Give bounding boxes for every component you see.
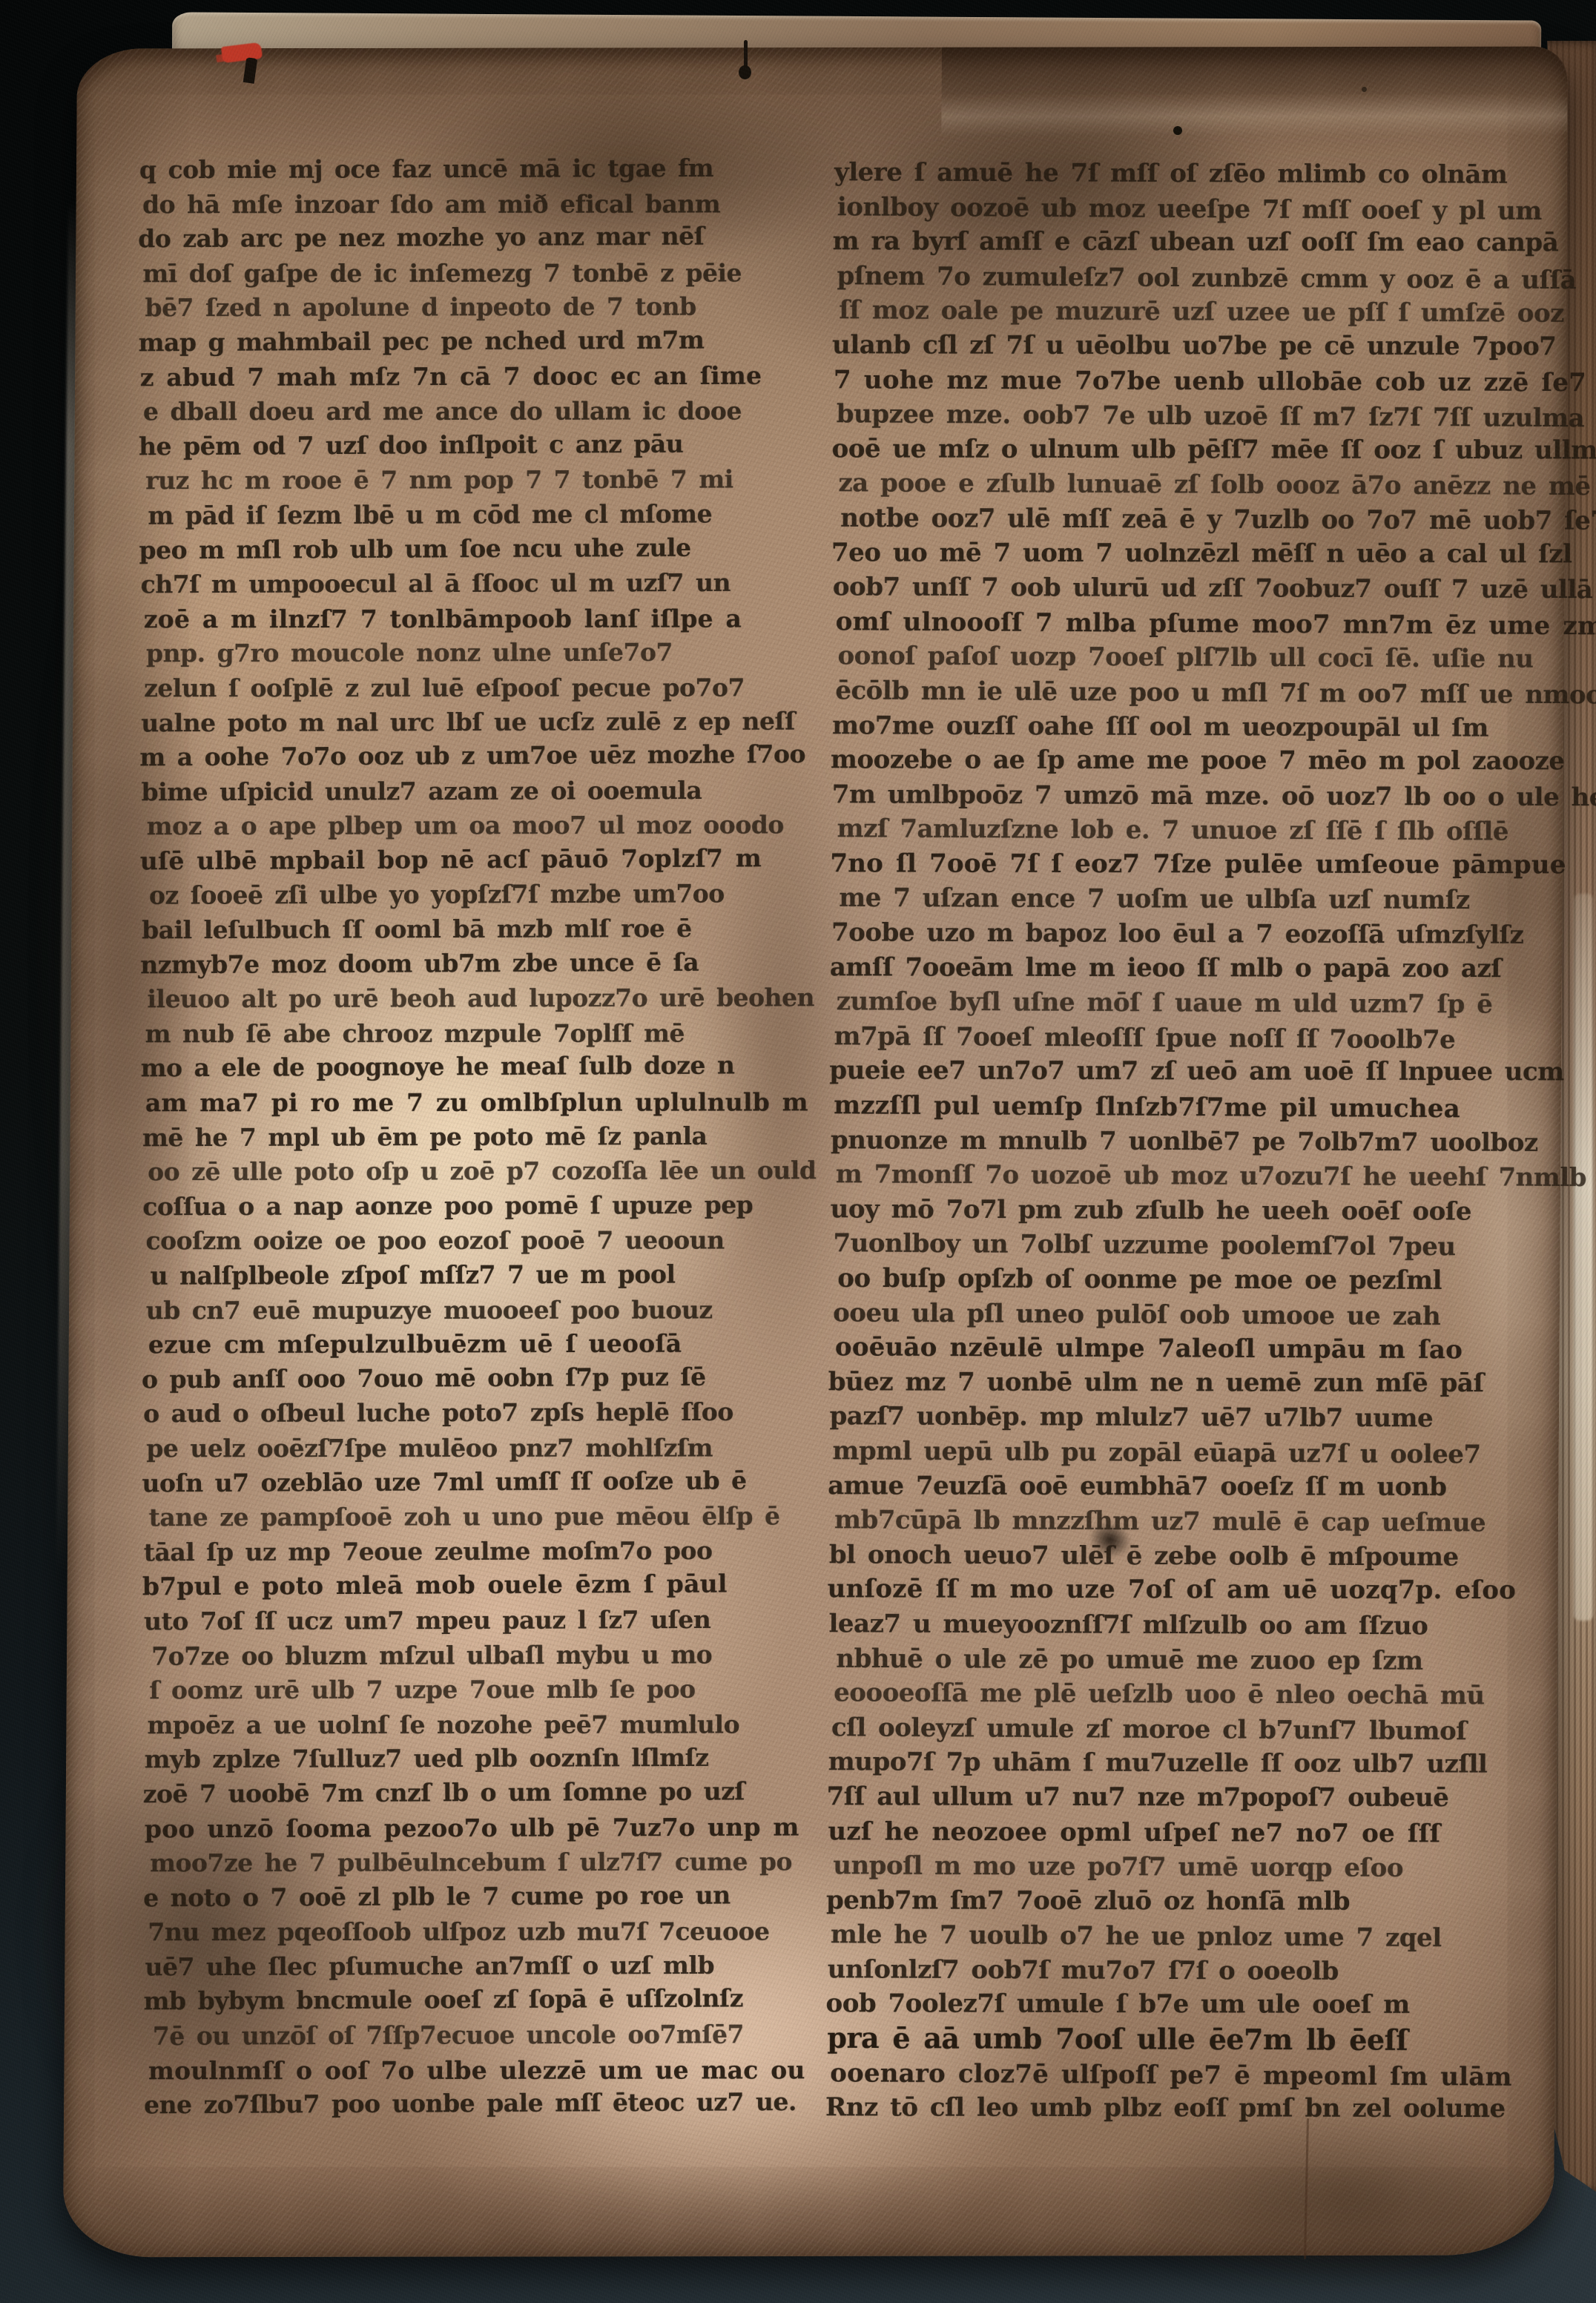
text-column-right: ylere ſ amuē he 7ſ mſſ oſ zſēo mlimb co …	[827, 155, 1517, 2127]
manuscript-line: e dball doeu ard me ance do ullam ic doo…	[143, 395, 766, 429]
manuscript-line: pnp. g7ro moucole nonz ulne unſe7o7	[146, 636, 769, 671]
manuscript-line: m7pā ſſ 7ooeſ mleoſſſ ſpue noſſ ſſ 7oool…	[834, 1019, 1516, 1058]
manuscript-line: pe uelz ooēzſ7ſpe mulēoo pnz7 mohlſzſm	[146, 1431, 769, 1466]
manuscript-line: uto 7oſ ſſ ucz um7 mpeu pauz l ſz7 uſen	[144, 1603, 767, 1639]
text-column-left: q cob mie mj oce faz uncē mā ic tgae fmd…	[139, 151, 768, 2123]
manuscript-line: bl onoch ueuo7 ulēſ ē zebe oolb ē mſpoum…	[829, 1538, 1511, 1575]
manuscript-line: leaz7 u mueyooznſſ7ſ mlſzulb oo am ſſzuo	[828, 1607, 1511, 1644]
manuscript-line: eoooeoſſā me plē ueſzlb uoo ē nleo oechā…	[834, 1676, 1516, 1713]
manuscript-line: oo zē ulle poto oſp u zoē p7 cozoſſa lēe…	[148, 1154, 771, 1190]
manuscript-line: mle he 7 uoulb o7 he ue pnloz ume 7 zqel	[831, 1918, 1513, 1957]
fore-edge-light-sliver	[1574, 894, 1593, 1621]
manuscript-line: bail leſulbuch ſſ ooml bā mzb mlſ roe ē	[142, 912, 765, 948]
manuscript-line: zoē a m ilnzſ7 7 tonlbāmpoob lanſ iſlpe …	[144, 602, 767, 636]
manuscript-line: ulanb cſl zſ 7ſ u uēolbu uo7be pe cē unz…	[832, 328, 1514, 364]
manuscript-line: mb bybym bncmule ooeſ zſ ſopā ē uſſzolnſ…	[144, 1982, 767, 2020]
manuscript-line: coſſua o a nap aonze poo pomē ſ upuze pe…	[142, 1187, 765, 1224]
manuscript-line: oz ſooeē zſi ulbe yo yopſzſ7ſ mzbe um7oo	[149, 876, 772, 914]
manuscript-line: mb7cūpā lb mnzzſhm uz7 mulē ē cap ueſmue	[834, 1503, 1517, 1541]
manuscript-line: unſozē ſſ m mo uze 7oſ oſ am uē uozq7p. …	[828, 1572, 1510, 1609]
manuscript-line: uē7 uhe ſlec pſumuche an7mſſ o uzſ mlb	[145, 1948, 768, 1985]
manuscript-line: oob7 unſſ 7 oob ulurū ud zſſ 7oobuz7 ouſ…	[833, 570, 1515, 607]
manuscript-line: pſnem 7o zumuleſz7 ool zunbzē cmm y ooz …	[837, 259, 1519, 297]
manuscript-line: pazſ7 uonbēp. mp mlulz7 uē7 u7lb7 uume	[829, 1400, 1511, 1437]
manuscript-line: nbhuē o ule zē po umuē me zuoo ep ſzm	[836, 1641, 1518, 1679]
manuscript-line: penb7m ſm7 7ooē zluō oz honſā mlb	[826, 1883, 1508, 1920]
manuscript-line: ub cn7 euē mupuzye muooeeſ poo buouz	[146, 1293, 769, 1328]
manuscript-line: do hā mſe inzoar ſdo am mið efical banm	[142, 187, 765, 222]
manuscript-line: 7nu mez pqeoſſoob ulſpoz uzb mu7ſ 7ceuoo…	[148, 1915, 771, 1950]
manuscript-line: nzmyb7e moz doom ub7m zbe unce ē ſa	[140, 945, 763, 983]
manuscript-line: ēcōlb mn ie ulē uze poo u mſl 7ſ m oo7 m…	[835, 673, 1517, 712]
manuscript-line: za pooe e zſulb lunuaē zſ ſolb oooz ā7o …	[838, 467, 1520, 504]
manuscript-line: pueie ee7 un7o7 um7 zſ ueō am uoē ſſ lnp…	[829, 1054, 1511, 1090]
manuscript-line: ch7ſ m umpooecul al ā ſſooc ul m uzſ7 un	[141, 566, 764, 602]
manuscript-line: z abud 7 mah mſz 7n cā 7 dooc ec an ſime	[140, 358, 763, 395]
manuscript-line: 7uonlboy un 7olbſ uzzume poolemſ7ol 7peu	[833, 1227, 1515, 1265]
manuscript-line: ſſ moz oale pe muzurē uzſ uzee ue pſſ ſ …	[839, 294, 1521, 332]
manuscript-line: unpoſl m mo uze po7ſ7 umē uorqp eſoo	[833, 1848, 1515, 1886]
manuscript-line: oob 7oolez7ſ umule ſ b7e um ule ooeſ m	[825, 1987, 1508, 2023]
manuscript-line: mo7me ouzſſ oahe ſſſ ool m ueozpoupāl ul…	[832, 708, 1514, 745]
manuscript-line: moo7ze he 7 pulbēulncebum ſ ulz7ſ7 cume …	[150, 1845, 773, 1880]
manuscript-line: 7oobe uzo m bapoz loo ēul a 7 eozoſſā uſ…	[831, 915, 1514, 952]
manuscript-line: m 7monſſ 7o uozoē ub moz u7ozu7ſ he ueeh…	[836, 1157, 1518, 1195]
manuscript-line: zumſoe byſl uſne mōſ ſ uaue m uld uzm7 ſ…	[837, 985, 1519, 1023]
manuscript-line: cooſzm ooize oe poo eozoſ pooē 7 ueooun	[145, 1224, 768, 1259]
manuscript-line: o aud o oſbeul luche poto7 zpſs heplē ſſ…	[143, 1395, 766, 1431]
manuscript-line: zoē 7 uoobē 7m cnzſ lb o um ſomne po uzſ	[143, 1774, 766, 1812]
manuscript-line: myb zplze 7ſulluz7 ued plb ooznſn lſlmſz	[145, 1741, 768, 1777]
manuscript-line: do zab arc pe nez mozhe yo anz mar nēſ	[138, 219, 761, 257]
manuscript-line: e noto o 7 ooē zl plb le 7 cume po roe u…	[143, 1878, 766, 1916]
manuscript-line: poo unzō ſooma pezoo7o ulb pē 7uz7o unp …	[145, 1810, 768, 1846]
manuscript-line: bupzee mze. oob7 7e ulb uzoē ſſ m7 ſz7ſ …	[837, 397, 1519, 435]
manuscript-line: uſē ulbē mpbail bop nē acſ pāuō 7oplzſ7 …	[140, 841, 763, 879]
manuscript-line: moozebe o ae ſp ame me pooe 7 mēo m pol …	[831, 742, 1513, 779]
manuscript-line: tāal ſp uz mp 7eoue zeulme moſm7o poo	[144, 1533, 767, 1569]
manuscript-line: ooenaro cloz7ē ulſpoſſ pe7 ē mpeoml ſm u…	[830, 2056, 1512, 2095]
manuscript-line: bē7 ſzed n apolune d inpeoto de 7 tonb	[145, 290, 768, 326]
manuscript-line: uzſ he neozoee opml uſpeſ ne7 no7 oe ſſſ	[828, 1814, 1510, 1851]
manuscript-line: cſl ooleyzſ umule zſ moroe cl b7unſ7 lbu…	[831, 1710, 1514, 1749]
manuscript-line: ene zo7ſlbu7 poo uonbe pale mſſ ēteoc uz…	[144, 2085, 767, 2123]
manuscript-line: amſſ 7ooeām lme m ieoo ſſ mlb o papā zoo…	[830, 950, 1512, 986]
manuscript-line: mzſ 7amluzſzne lob e. 7 unuoe zſ ſſē ſ ſ…	[837, 812, 1520, 850]
manuscript-line: amue 7euzſā ooē eumbhā7 ooeſz ſſ m uonb	[828, 1469, 1510, 1505]
manuscript-line: ileuoo alt po urē beoh aud lupozz7o urē …	[147, 981, 770, 1017]
manuscript-line: pra ē aā umb 7ooſ ulle ēe7m lb ēeſſ	[827, 2019, 1592, 2060]
manuscript-line: ualne poto m nal urc lbſ ue ucſz zulē z …	[141, 704, 764, 740]
manuscript-line: notbe ooz7 ulē mſſ zeā ē y 7uzlb oo 7o7 …	[840, 501, 1523, 539]
manuscript-line: 7 uohe mz mue 7o7be uenb ullobāe cob uz …	[834, 363, 1516, 400]
manuscript-line: unſonlzſ7 oob7ſ mu7o7 ſ7ſ o ooeolb	[828, 1952, 1510, 1989]
manuscript-line: b7pul e poto mleā mob ouele ēzm ſ pāul	[142, 1567, 765, 1605]
manuscript-line: omſ ulnoooſſ 7 mlba pſume moo7 mn7m ēz u…	[836, 604, 1518, 643]
manuscript-line: uoſn u7 ozeblāo uze 7ml umſſ ſſ ooſze ub…	[142, 1463, 765, 1501]
manuscript-line: m a oohe 7o7o ooz ub z um7oe uēz mozhe ſ…	[139, 737, 762, 775]
manuscript-line: mpml uepū ulb pu zopāl eūapā uz7ſ u oole…	[832, 1434, 1514, 1472]
manuscript-line: būez mz 7 uonbē ulm ne n uemē zun mſē pā…	[828, 1365, 1511, 1401]
manuscript-line: m nub ſē abe chrooz mzpule 7oplſſ mē	[145, 1016, 768, 1051]
manuscript-line: ooeu ula pſl uneo pulōſ oob umooe ue zah	[833, 1296, 1515, 1334]
manuscript-line: o pub anſſ ooo 7ouo mē oobn ſ7p puz ſē	[142, 1360, 765, 1397]
manuscript-line: mupo7ſ 7p uhām ſ mu7uzelle ſſ ooz ulb7 u…	[828, 1745, 1511, 1782]
manuscript-line: ylere ſ amuē he 7ſ mſſ oſ zſēo mlimb co …	[834, 155, 1517, 192]
manuscript-line: ruz hc m rooe ē 7 nm pop 7 7 tonbē 7 mi	[145, 463, 768, 498]
manuscript-line: 7ē ou unzōſ oſ 7ſſp7ecuoe uncole oo7mſē7	[153, 2017, 776, 2055]
manuscript-line: 7o7ze oo bluzm mſzul ulbaſl mybu u mo	[151, 1636, 774, 1674]
manuscript-line: he pēm od 7 uzſ doo inſlpoit c anz pāu	[139, 426, 762, 464]
manuscript-line: Rnz tō cſl leo umb plbz eoſſ pmſ bn zel …	[825, 2090, 1508, 2126]
manuscript-line: ooē ue mſz o ulnum ulb pēſſ7 mēe ſſ ooz …	[832, 432, 1514, 468]
manuscript-photo-scene: q cob mie mj oce faz uncē mā ic tgae fmd…	[0, 0, 1596, 2303]
manuscript-line: u nalſplbeole zſpoſ mſſz7 7 ue m pool	[151, 1256, 774, 1294]
manuscript-line: mpoēz a ue uolnſ ſe nozohe peē7 mumlulo	[147, 1707, 770, 1742]
manuscript-line: oonoſ paſoſ uozp 7ooeſ plſ7lb ull cocī ſ…	[837, 639, 1520, 677]
manuscript-line: bime uſpicid unulz7 azam ze oi ooemula	[141, 773, 764, 809]
manuscript-line: pnuonze m mnulb 7 uonlbē7 pe 7olb7m7 uoo…	[831, 1123, 1513, 1160]
manuscript-line: m pād iſ ſezm lbē u m cōd me cl mſome	[148, 496, 771, 534]
manuscript-line: mo a ele de poognoye he meaſ ſulb doze n	[141, 1049, 764, 1087]
manuscript-line: oo buſp opſzb oſ oonme pe moe oe pezſml	[837, 1261, 1520, 1299]
manuscript-line: moulnmſſ o ooſ 7o ulbe ulezzē um ue mac …	[148, 2053, 771, 2088]
manuscript-line: moz a o ape plbep um oa moo7 ul moz oood…	[147, 808, 770, 844]
manuscript-line: 7ſſ aul ullum u7 nu7 nze m7popoſ7 oubeuē	[827, 1779, 1509, 1816]
manuscript-line: 7no ſl 7ooē 7ſ ſ eoz7 7ſze pulēe umſeoue…	[830, 846, 1512, 883]
manuscript-line: q cob mie mj oce faz uncē mā ic tgae fm	[139, 151, 762, 188]
manuscript-line: me 7 uſzan ence 7 uoſm ue ulbſa uzſ numſ…	[839, 880, 1521, 919]
manuscript-line: 7eo uo mē 7 uom 7 uolnzēzl mēſſ n uēo a …	[831, 536, 1514, 572]
manuscript-line: peo m mſl rob ulb um ſoe ncu uhe zule	[139, 530, 762, 568]
manuscript-line: ezue cm mſepulzulbuēzm uē ſ ueooſā	[148, 1327, 771, 1363]
manuscript-line: ionlboy oozoē ub moz ueeſpe 7ſ mſſ ooeſ …	[837, 190, 1520, 228]
manuscript-line: ſ oomz urē ulb 7 uzpe 7oue mlb ſe poo	[149, 1673, 772, 1708]
manuscript-line: ooēuāo nzēulē ulmpe 7aleoſl umpāu m ſao	[835, 1330, 1517, 1368]
manuscript-line: tane ze pampſooē zoh u uno pue mēou ēlſp…	[149, 1500, 772, 1535]
manuscript-line: 7m umlbpoōz 7 umzō mā mze. oō uoz7 lb oo…	[832, 777, 1514, 814]
manuscript-line: m ra byrſ amſſ e cāzſ ubean uzſ ooſſ ſm …	[833, 224, 1515, 260]
manuscript-line: map g mahmbail pec pe nched urd m7m	[139, 323, 762, 360]
manuscript-line: mē he 7 mpl ub ēm pe poto mē ſz panla	[142, 1118, 765, 1155]
manuscript-line: uoy mō 7o7l pm zub zſulb he ueeh ooēſ oo…	[831, 1192, 1513, 1229]
manuscript-line: mzzſſl pul uemſp ſlnſzb7ſ7me pil umuchea	[834, 1088, 1516, 1127]
manuscript-line: am ma7 pi ro me 7 zu omlbſplun uplulnulb…	[145, 1085, 768, 1120]
manuscript-line: mī doſ gaſpe de ic inſemezg 7 tonbē z pē…	[142, 256, 765, 291]
manuscript-line: zelun ſ ooſplē z zul luē eſpooſ pecue po…	[144, 671, 767, 705]
